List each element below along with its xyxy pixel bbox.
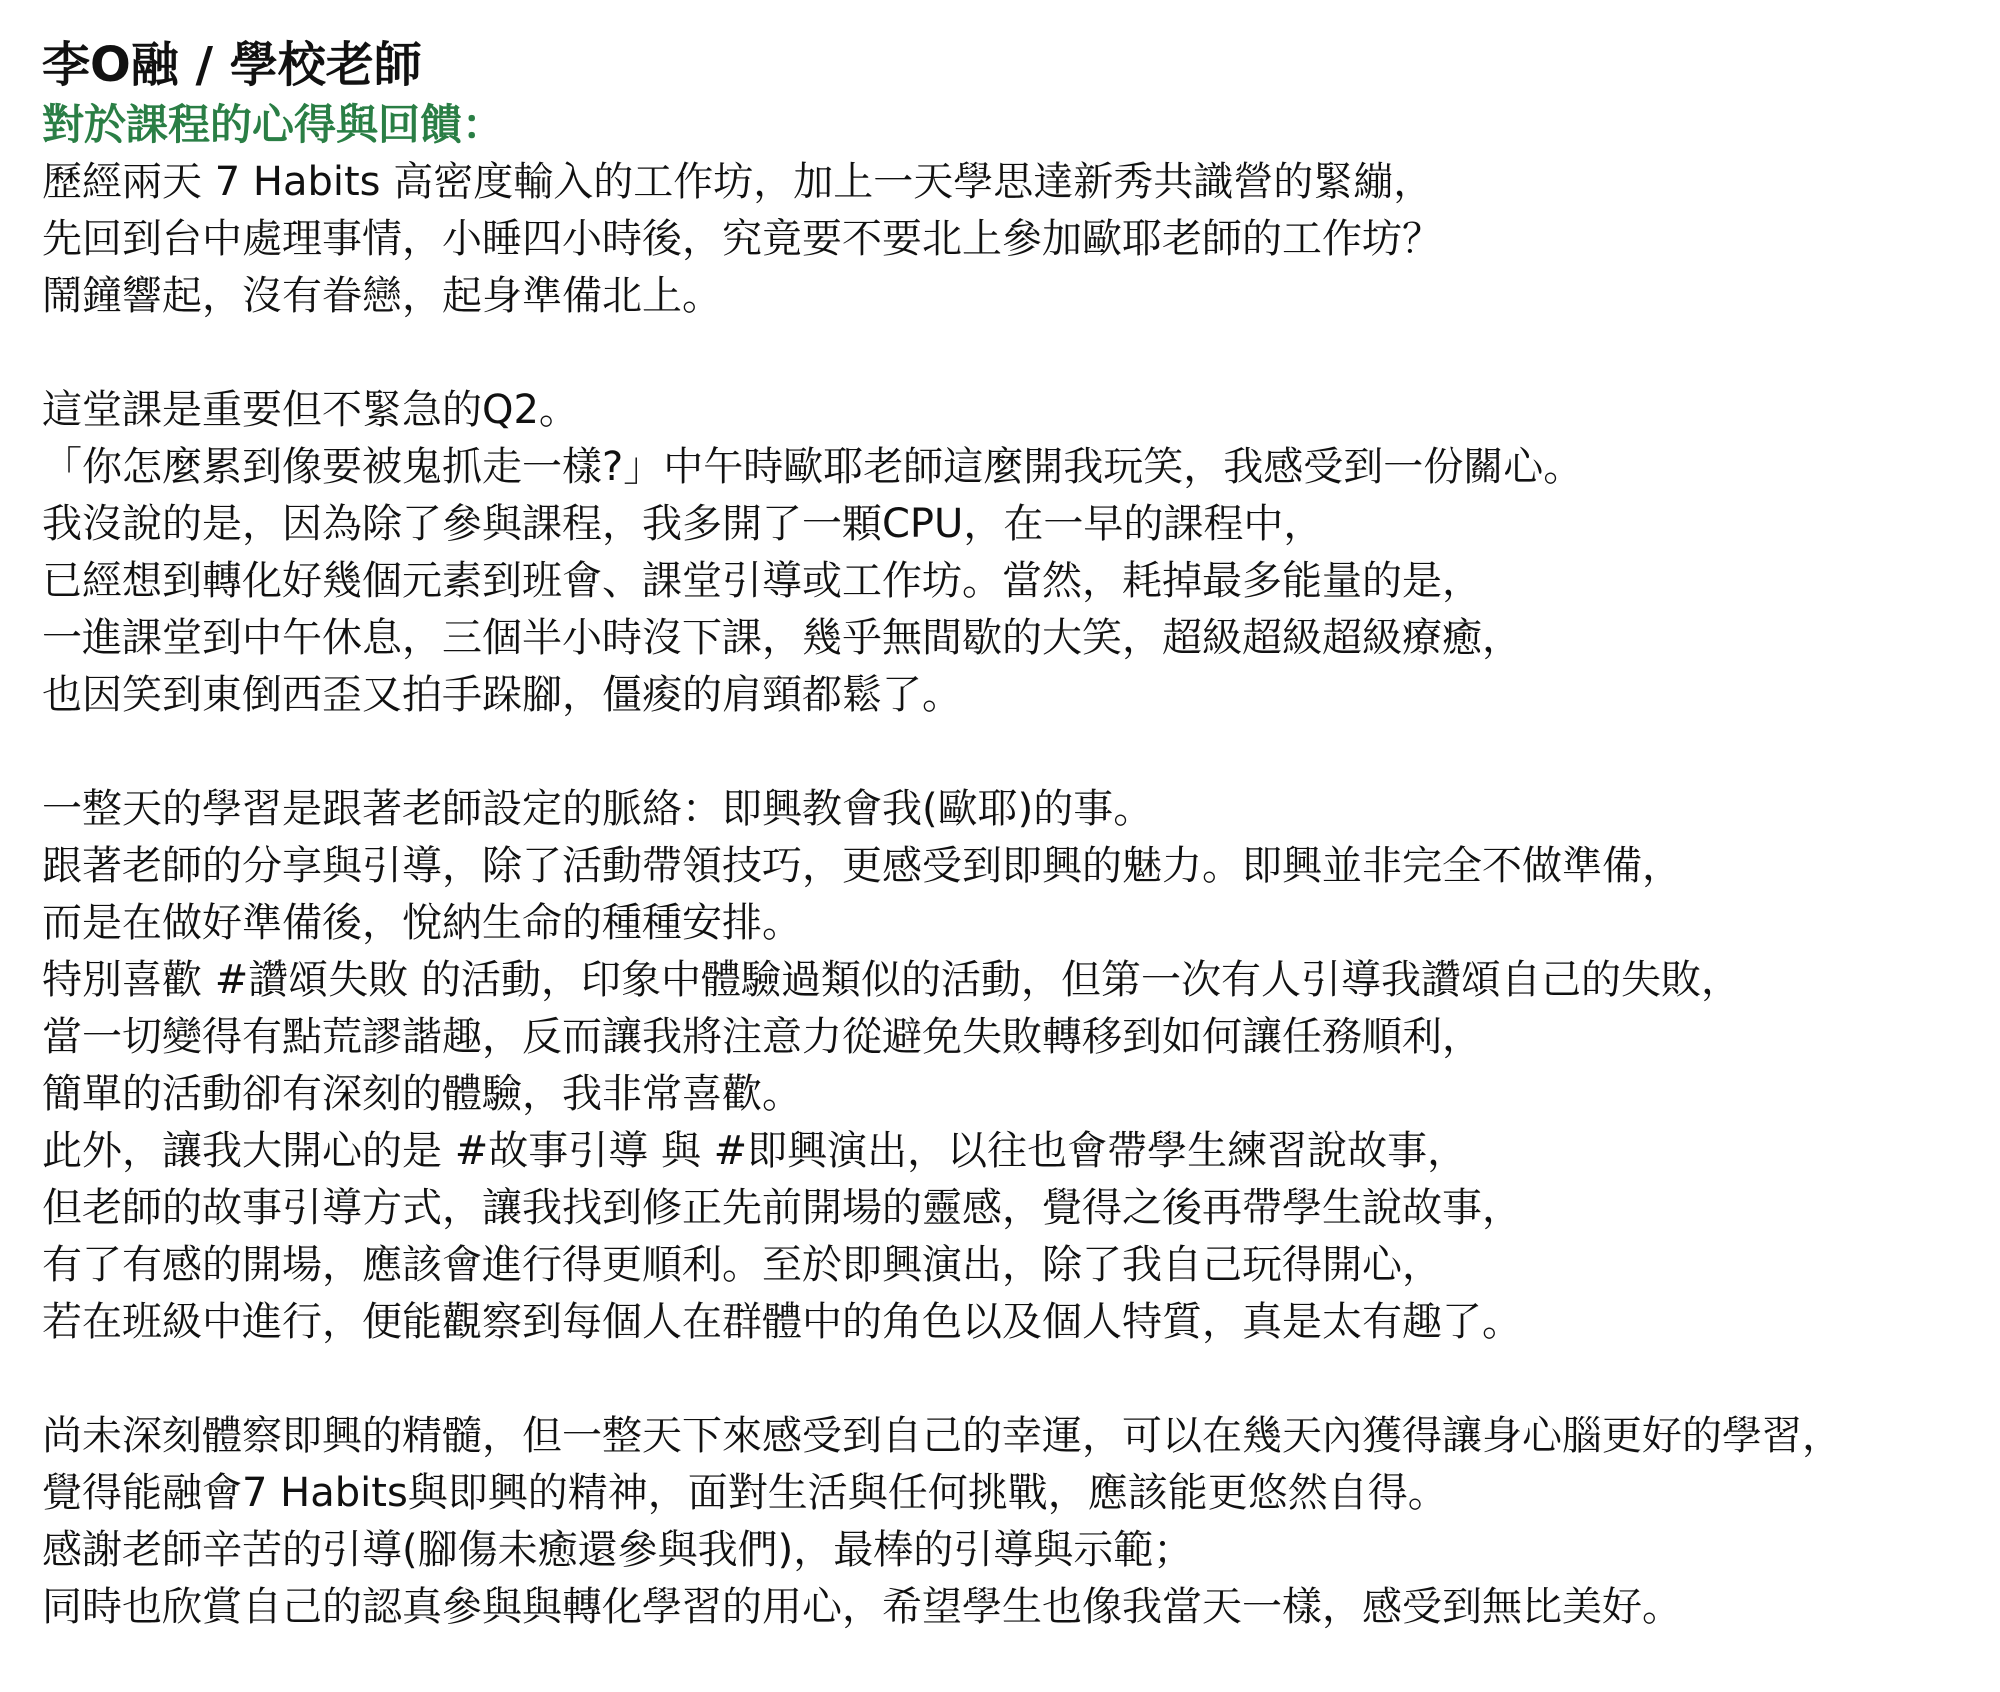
text-line: 一整天的學習是跟著老師設定的脈絡：即興教會我(歐耶)的事。: [42, 781, 1958, 838]
text-line: 先回到台中處理事情，小睡四小時後，究竟要不要北上參加歐耶老師的工作坊？: [42, 211, 1958, 268]
text-line: 一進課堂到中午休息，三個半小時沒下課，幾乎無間歇的大笑，超級超級超級療癒，: [42, 610, 1958, 667]
text-line: 鬧鐘響起，沒有眷戀，起身準備北上。: [42, 268, 1958, 325]
text-line: 感謝老師辛苦的引導(腳傷未癒還參與我們)，最棒的引導與示範；: [42, 1522, 1958, 1579]
text-line: 同時也欣賞自己的認真參與與轉化學習的用心，希望學生也像我當天一樣，感受到無比美好…: [42, 1579, 1958, 1636]
text-line: 若在班級中進行，便能觀察到每個人在群體中的角色以及個人特質，真是太有趣了。: [42, 1294, 1958, 1351]
text-line: 簡單的活動卻有深刻的體驗，我非常喜歡。: [42, 1066, 1958, 1123]
text-line: 覺得能融會7 Habits與即興的精神，面對生活與任何挑戰，應該能更悠然自得。: [42, 1465, 1958, 1522]
text-line: 當一切變得有點荒謬諧趣，反而讓我將注意力從避免失敗轉移到如何讓任務順利，: [42, 1009, 1958, 1066]
text-line: 跟著老師的分享與引導，除了活動帶領技巧，更感受到即興的魅力。即興並非完全不做準備…: [42, 838, 1958, 895]
paragraph-closing: 尚未深刻體察即興的精髓，但一整天下來感受到自己的幸運，可以在幾天內獲得讓身心腦更…: [42, 1408, 1958, 1636]
text-line: 而是在做好準備後，悅納生命的種種安排。: [42, 895, 1958, 952]
text-line: 「你怎麼累到像要被鬼抓走一樣?」中午時歐耶老師這麼開我玩笑，我感受到一份關心。: [42, 439, 1958, 496]
text-line: 有了有感的開場，應該會進行得更順利。至於即興演出，除了我自己玩得開心，: [42, 1237, 1958, 1294]
text-line: 我沒說的是，因為除了參與課程，我多開了一顆CPU，在一早的課程中，: [42, 496, 1958, 553]
text-line: 特別喜歡 #讚頌失敗 的活動，印象中體驗過類似的活動，但第一次有人引導我讚頌自己…: [42, 952, 1958, 1009]
paragraph-learning: 一整天的學習是跟著老師設定的脈絡：即興教會我(歐耶)的事。 跟著老師的分享與引導…: [42, 781, 1958, 1351]
text-line: 已經想到轉化好幾個元素到班會、課堂引導或工作坊。當然，耗掉最多能量的是，: [42, 553, 1958, 610]
text-line: 歷經兩天 7 Habits 高密度輸入的工作坊，加上一天學思達新秀共識營的緊繃，: [42, 154, 1958, 211]
paragraph-intro: 歷經兩天 7 Habits 高密度輸入的工作坊，加上一天學思達新秀共識營的緊繃，…: [42, 154, 1958, 325]
text-line: 尚未深刻體察即興的精髓，但一整天下來感受到自己的幸運，可以在幾天內獲得讓身心腦更…: [42, 1408, 1958, 1465]
section-heading: 對於課程的心得與回饋：: [42, 96, 1958, 154]
author-line: 李O融 / 學校老師: [42, 34, 1958, 96]
text-line: 但老師的故事引導方式，讓我找到修正先前開場的靈感，覺得之後再帶學生說故事，: [42, 1180, 1958, 1237]
text-line: 此外，讓我大開心的是 #故事引導 與 #即興演出，以往也會帶學生練習說故事，: [42, 1123, 1958, 1180]
text-line: 這堂課是重要但不緊急的Q2。: [42, 382, 1958, 439]
text-line: 也因笑到東倒西歪又拍手跺腳，僵痠的肩頸都鬆了。: [42, 667, 1958, 724]
paragraph-course-day: 這堂課是重要但不緊急的Q2。 「你怎麼累到像要被鬼抓走一樣?」中午時歐耶老師這麼…: [42, 382, 1958, 724]
